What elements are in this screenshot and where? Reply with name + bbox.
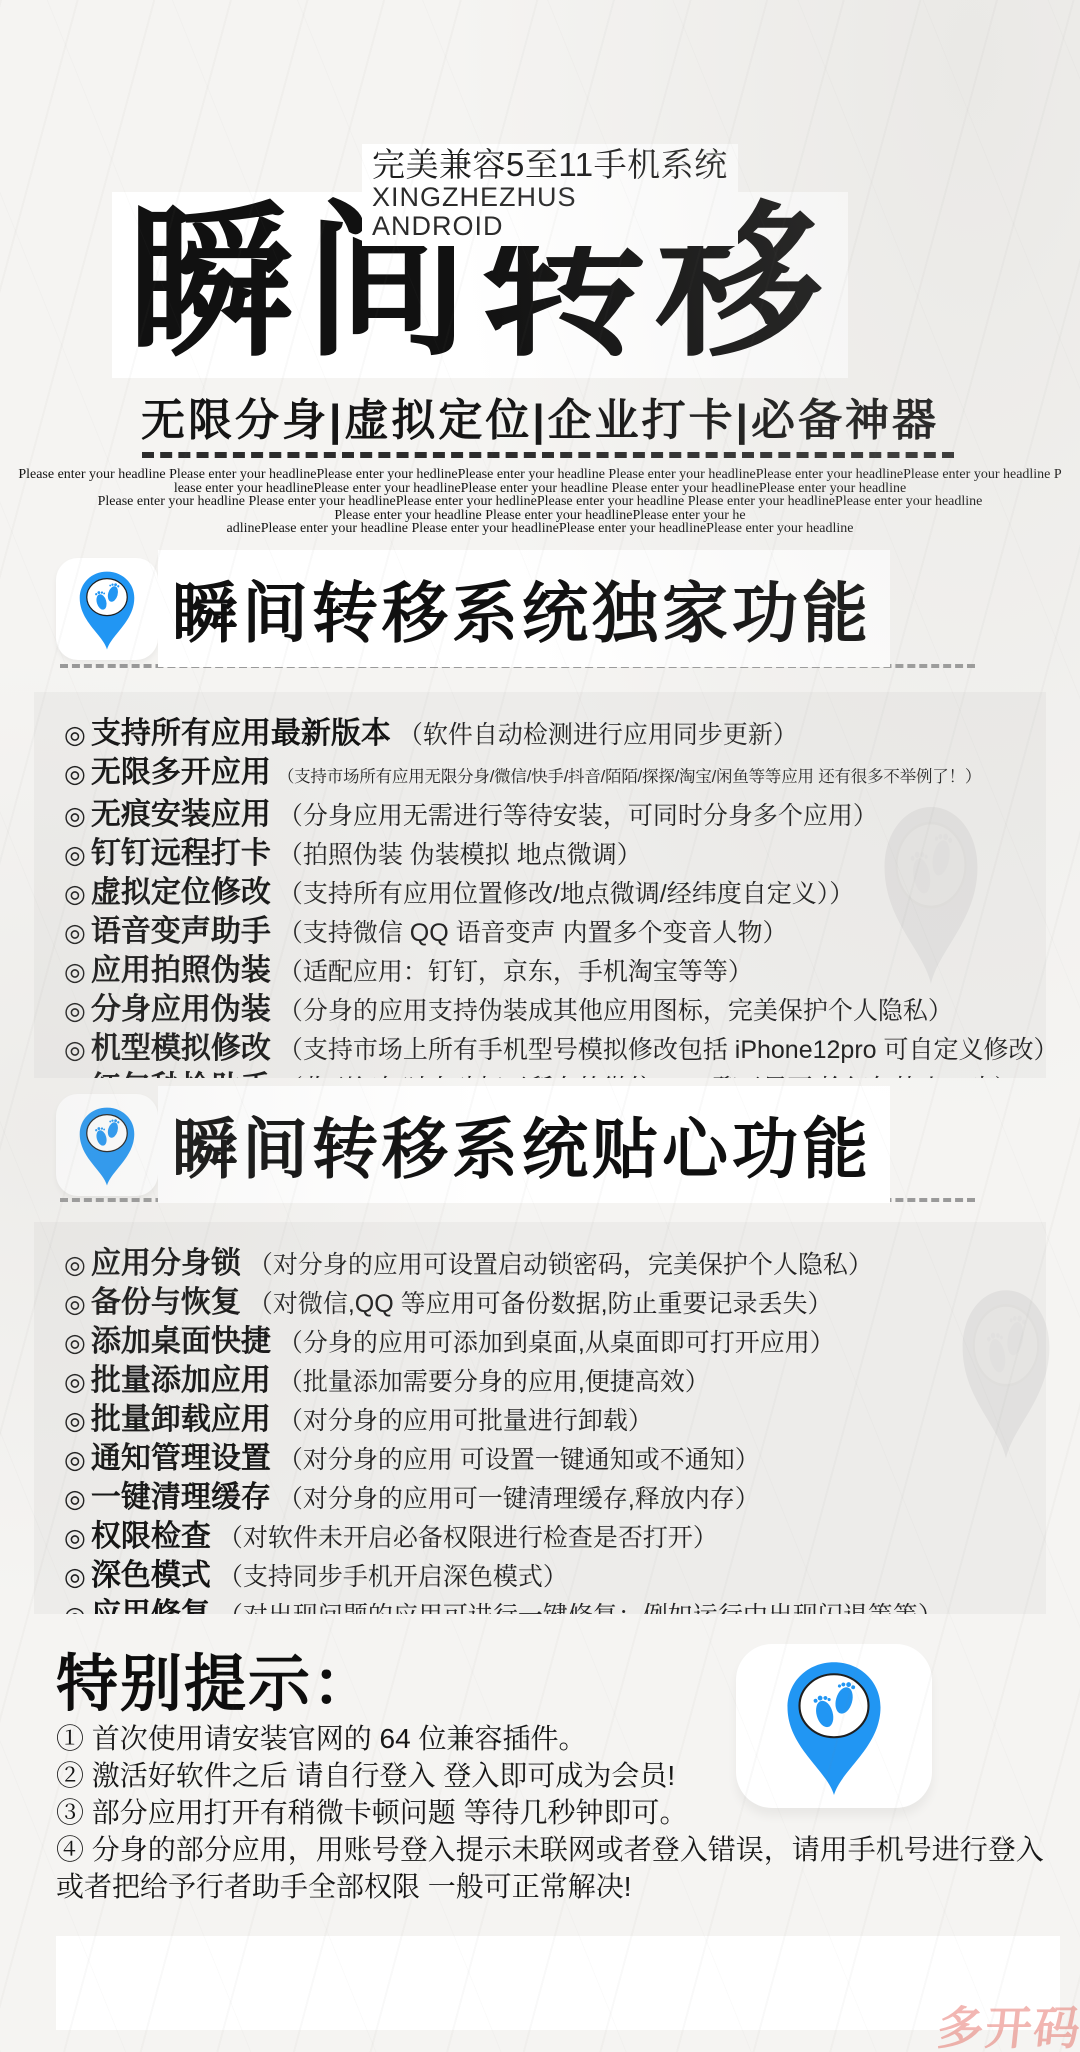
feature-item: ◎支持所有应用最新版本（软件自动检测进行应用同步更新）	[64, 718, 1046, 751]
feature-desc: （对分身的应用可一键清理缓存,释放内存）	[278, 1484, 760, 1515]
feature-desc: （对分身的应用 可设置一键通知或不通知）	[278, 1445, 760, 1476]
feature-item: ◎钉钉远程打卡（拍照伪装 伪装模拟 地点微调）	[64, 838, 1046, 871]
feature-label: 无限多开应用	[91, 757, 271, 788]
tagline: 无限分身|虚拟定位|企业打卡|必备神器	[0, 384, 1080, 448]
feature-label: 权限检查	[91, 1521, 211, 1552]
feature-label: 一键清理缓存	[91, 1482, 271, 1513]
feature-label: 虚拟定位修改	[91, 877, 271, 908]
brand-line-top: XINGZHEZHUS	[372, 183, 728, 212]
feature-desc: （分身应用无需进行等待安装，可同时分身多个应用）	[278, 801, 878, 832]
bullet-icon: ◎	[64, 1523, 86, 1554]
bullet-icon: ◎	[64, 1074, 86, 1078]
bullet-icon: ◎	[64, 1406, 86, 1437]
bullet-icon: ◎	[64, 720, 86, 751]
feature-label: 应用分身锁	[91, 1248, 241, 1279]
feature-desc: （拍照伪装 伪装模拟 地点微调）	[278, 840, 642, 871]
feature-item: ◎虚拟定位修改（支持所有应用位置修改/地点微调/经纬度自定义））	[64, 877, 1046, 910]
feature-desc: （支持市场所有应用无限分身/微信/快手/抖音/陌陌/探探/淘宝/闲鱼等等应用 还…	[278, 762, 981, 793]
feature-item: ◎语音变声助手（支持微信 QQ 语音变声 内置多个变音人物）	[64, 916, 1046, 949]
bullet-icon: ◎	[64, 996, 86, 1027]
bullet-icon: ◎	[64, 1328, 86, 1359]
feature-label: 语音变声助手	[91, 916, 271, 947]
feature-item: ◎权限检查（对软件未开启必备权限进行检查是否打开）	[64, 1521, 1046, 1554]
feature-list-exclusive: ◎支持所有应用最新版本（软件自动检测进行应用同步更新） ◎无限多开应用（支持市场…	[34, 692, 1046, 1078]
feature-item: ◎无限多开应用（支持市场所有应用无限分身/微信/快手/抖音/陌陌/探探/淘宝/闲…	[64, 757, 1046, 793]
feature-item: ◎分身应用伪装（分身的应用支持伪装成其他应用图标，完美保护个人隐私）	[64, 994, 1046, 1027]
feature-item: ◎添加桌面快捷（分身的应用可添加到桌面,从桌面即可打开应用）	[64, 1326, 1046, 1359]
bullet-icon: ◎	[64, 1035, 86, 1066]
feature-label: 机型模拟修改	[91, 1033, 271, 1064]
feature-label: 应用拍照伪装	[91, 955, 271, 986]
notice-item: ④ 分身的部分应用，用账号登入提示未联网或者登入错误，请用手机号进行登入或者把给…	[56, 1831, 1056, 1905]
feature-label: 备份与恢复	[91, 1287, 241, 1318]
section-2-title: 瞬间转移系统贴心功能	[158, 1086, 890, 1203]
promo-poster: 完美兼容5至11手机系统 XINGZHEZHUS ANDROID 瞬间转移 无限…	[0, 0, 1080, 2052]
feature-desc: （对分身的应用可设置启动锁密码，完美保护个人隐私）	[248, 1250, 873, 1281]
tagline-divider	[142, 452, 954, 458]
notice-title: 特别提示：	[56, 1634, 376, 1723]
headline-line: Please enter your headline Please enter …	[0, 509, 1080, 523]
feature-desc: （适配应用：钉钉，京东，手机淘宝等等）	[278, 957, 753, 988]
feature-desc: （对微信,QQ 等应用可备份数据,防止重要记录丢失）	[248, 1289, 833, 1320]
feature-desc: （批量添加需要分身的应用,便捷高效）	[278, 1367, 710, 1398]
feature-item: ◎深色模式（支持同步手机开启深色模式）	[64, 1560, 1046, 1593]
headline-line: lease enter your headlinePlease enter yo…	[0, 482, 1080, 496]
section-2-header: 瞬间转移系统贴心功能	[56, 1086, 890, 1203]
feature-label: 批量卸载应用	[91, 1404, 271, 1435]
headline-placeholder-paragraph: Please enter your headline Please enter …	[0, 468, 1080, 536]
feature-label: 添加桌面快捷	[91, 1326, 271, 1357]
feature-label: 应用修复	[91, 1599, 211, 1614]
feature-label: 钉钉远程打卡	[91, 838, 271, 869]
feature-item: ◎应用分身锁（对分身的应用可设置启动锁密码，完美保护个人隐私）	[64, 1248, 1046, 1281]
bullet-icon: ◎	[64, 1367, 86, 1398]
bullet-icon: ◎	[64, 1445, 86, 1476]
feature-item: ◎无痕安装应用（分身应用无需进行等待安装，可同时分身多个应用）	[64, 799, 1046, 832]
bullet-icon: ◎	[64, 1484, 86, 1515]
bullet-icon: ◎	[64, 1250, 86, 1281]
section-1-title: 瞬间转移系统独家功能	[158, 550, 890, 667]
bullet-icon: ◎	[64, 840, 86, 871]
feature-label: 批量添加应用	[91, 1365, 271, 1396]
watermark-text: 多开码	[935, 1992, 1080, 2052]
feature-label: 通知管理设置	[91, 1443, 271, 1474]
feature-item: ◎应用修复（对出现问题的应用可进行一键修复：例如运行中出现闪退等等）	[64, 1599, 1046, 1614]
headline-line: Please enter your headline Please enter …	[0, 495, 1080, 509]
feature-item: ◎机型模拟修改（支持市场上所有手机型号模拟修改包括 iPhone12pro 可自…	[64, 1033, 1046, 1066]
section-1-header: 瞬间转移系统独家功能	[56, 550, 890, 667]
bottom-blank-panel	[56, 1936, 1060, 2030]
feature-desc: （分身的应用支持伪装成其他应用图标，完美保护个人隐私）	[278, 996, 953, 1027]
feature-desc: （对出现问题的应用可进行一键修复：例如运行中出现闪退等等）	[218, 1601, 943, 1614]
bullet-icon: ◎	[64, 1601, 86, 1614]
feature-item: ◎批量添加应用（批量添加需要分身的应用,便捷高效）	[64, 1365, 1046, 1398]
feature-desc: （支持微信 QQ 语音变声 内置多个变音人物）	[278, 918, 788, 949]
feature-item: ◎应用拍照伪装（适配应用：钉钉，京东，手机淘宝等等）	[64, 955, 1046, 988]
location-pin-footprints-icon	[56, 1094, 158, 1196]
bullet-icon: ◎	[64, 801, 86, 832]
feature-desc: （支持同步手机开启深色模式）	[218, 1562, 568, 1593]
brand-line-bottom: ANDROID	[372, 212, 728, 241]
feature-desc: （支持所有应用位置修改/地点微调/经纬度自定义））	[278, 879, 854, 910]
feature-desc: （对软件未开启必备权限进行检查是否打开）	[218, 1523, 718, 1554]
feature-label: 深色模式	[91, 1560, 211, 1591]
feature-label: 无痕安装应用	[91, 799, 271, 830]
feature-item: ◎通知管理设置（对分身的应用 可设置一键通知或不通知）	[64, 1443, 1046, 1476]
bullet-icon: ◎	[64, 918, 86, 949]
hero-meta: 完美兼容5至11手机系统 XINGZHEZHUS ANDROID	[362, 144, 738, 246]
feature-item: ◎一键清理缓存（对分身的应用可一键清理缓存,释放内存）	[64, 1482, 1046, 1515]
feature-label: 分身应用伪装	[91, 994, 271, 1025]
feature-label: 支持所有应用最新版本	[91, 718, 391, 749]
feature-list-thoughtful: ◎应用分身锁（对分身的应用可设置启动锁密码，完美保护个人隐私） ◎备份与恢复（对…	[34, 1222, 1046, 1614]
bullet-icon: ◎	[64, 1289, 86, 1320]
location-pin-footprints-icon	[56, 558, 158, 660]
feature-label: 红包秒抢助手	[91, 1072, 271, 1078]
location-pin-footprints-icon	[759, 1651, 909, 1801]
feature-desc: （收到红包时自动打开所在的微信,QQ, 聊天界面 抢红包快人一步）	[278, 1074, 1020, 1078]
bullet-icon: ◎	[64, 957, 86, 988]
headline-line: Please enter your headline Please enter …	[0, 468, 1080, 482]
feature-item: ◎红包秒抢助手（收到红包时自动打开所在的微信,QQ, 聊天界面 抢红包快人一步）	[64, 1072, 1046, 1078]
feature-desc: （软件自动检测进行应用同步更新）	[398, 720, 798, 751]
feature-desc: （支持市场上所有手机型号模拟修改包括 iPhone12pro 可自定义修改）	[278, 1035, 1046, 1066]
bullet-icon: ◎	[64, 879, 86, 910]
compat-line: 完美兼容5至11手机系统	[372, 148, 728, 183]
feature-item: ◎批量卸载应用（对分身的应用可批量进行卸载）	[64, 1404, 1046, 1437]
feature-desc: （对分身的应用可批量进行卸载）	[278, 1406, 653, 1437]
feature-item: ◎备份与恢复（对微信,QQ 等应用可备份数据,防止重要记录丢失）	[64, 1287, 1046, 1320]
bullet-icon: ◎	[64, 759, 86, 790]
headline-line: adlinePlease enter your headline Please …	[0, 522, 1080, 536]
bullet-icon: ◎	[64, 1562, 86, 1593]
app-logo	[736, 1644, 932, 1808]
feature-desc: （分身的应用可添加到桌面,从桌面即可打开应用）	[278, 1328, 835, 1359]
